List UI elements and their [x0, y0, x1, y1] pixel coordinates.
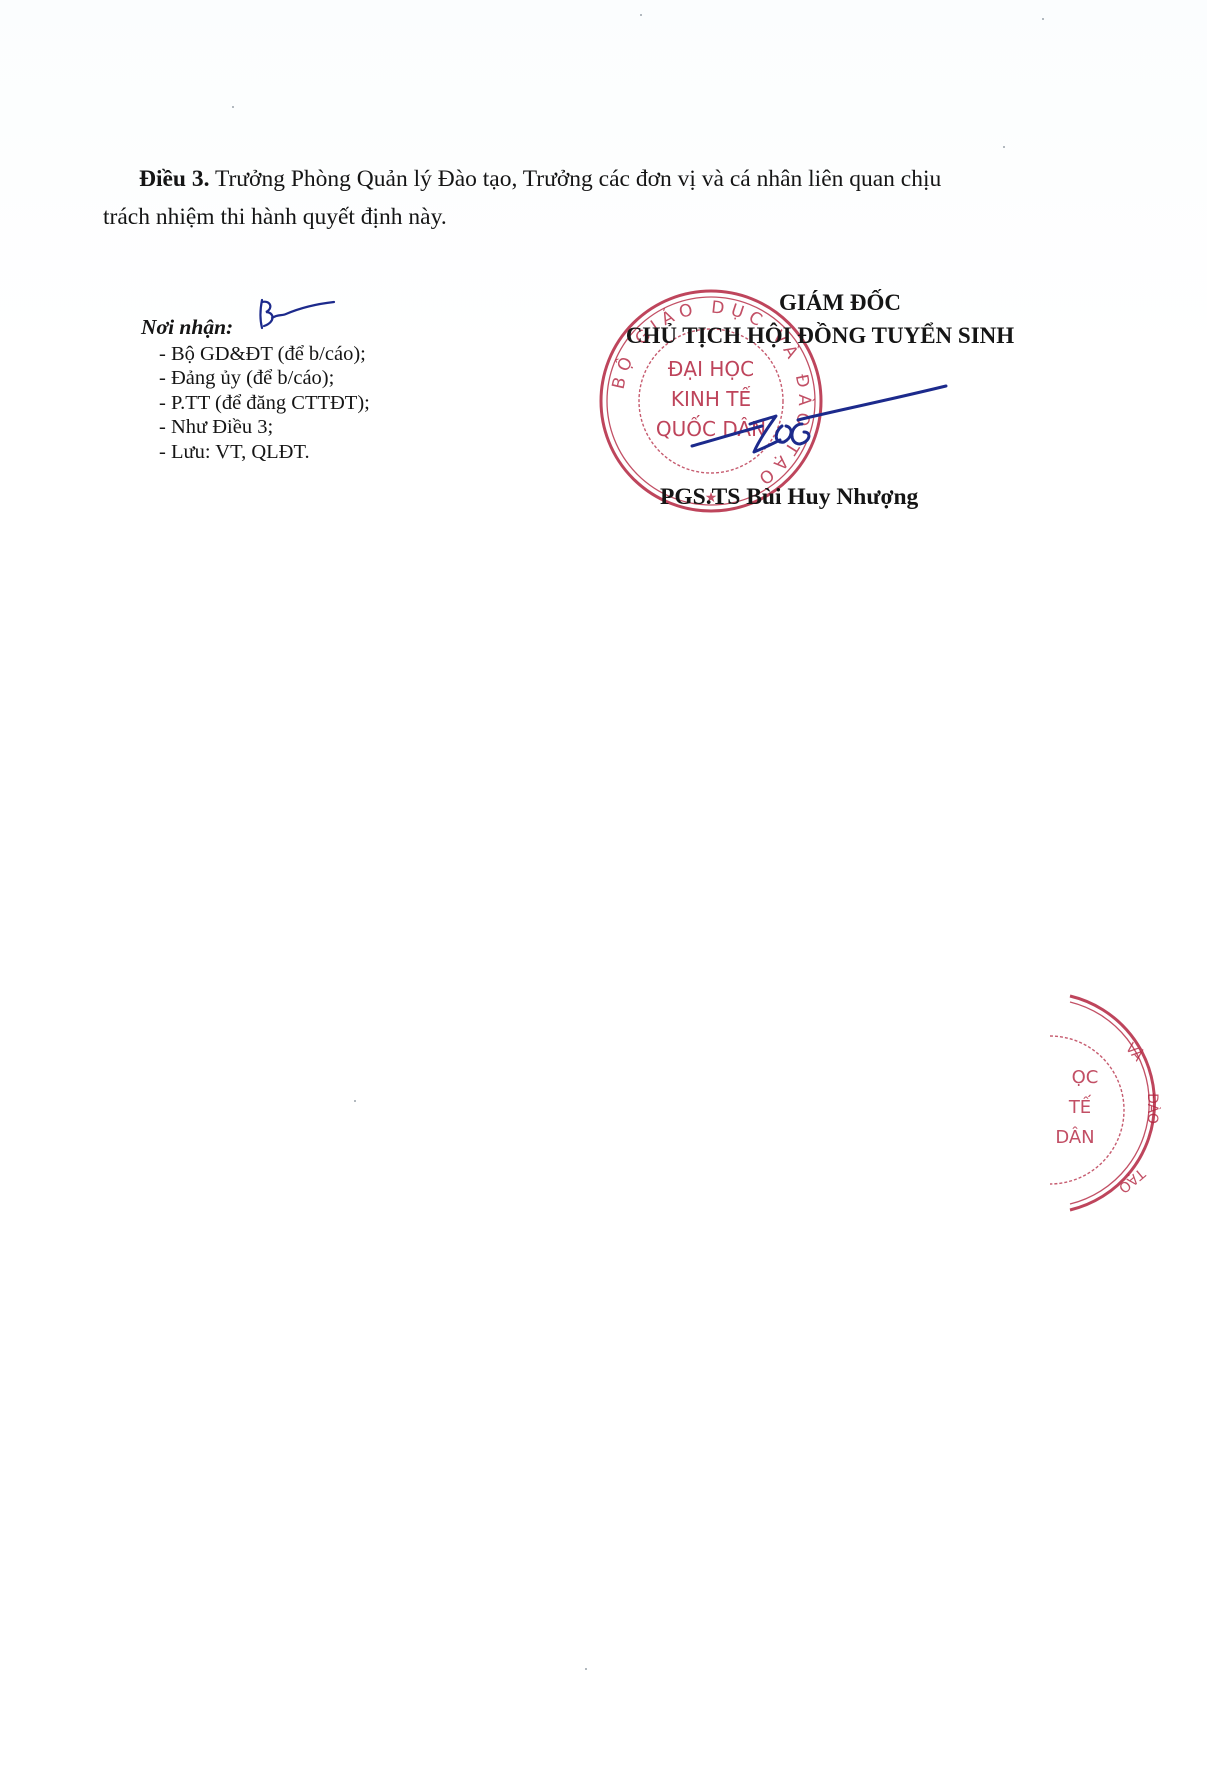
svg-text:ỌC: ỌC	[1072, 1067, 1099, 1088]
position-subtitle: CHỦ TỊCH HỘI ĐỒNG TUYỂN SINH	[560, 319, 1080, 352]
recipient-item: - Lưu: VT, QLĐT.	[159, 440, 370, 465]
recipient-item: - Như Điều 3;	[159, 415, 370, 440]
initials-signature-icon	[256, 296, 336, 332]
recipient-item: - P.TT (để đăng CTTĐT);	[159, 391, 370, 416]
scan-speck	[585, 1668, 587, 1670]
recipients-list: - Bộ GD&ĐT (để b/cáo); - Đảng ủy (để b/c…	[141, 342, 370, 465]
article-3-line1: Điều 3. Trưởng Phòng Quản lý Đào tạo, Tr…	[103, 160, 1093, 198]
svg-text:DÂN: DÂN	[1055, 1126, 1094, 1148]
scan-speck	[640, 14, 642, 16]
article-3: Điều 3. Trưởng Phòng Quản lý Đào tạo, Tr…	[103, 160, 1093, 236]
scan-speck	[232, 106, 234, 108]
svg-text:TẠO: TẠO	[1115, 1164, 1148, 1196]
scan-speck	[354, 1100, 356, 1102]
document-page: Điều 3. Trưởng Phòng Quản lý Đào tạo, Tr…	[0, 0, 1207, 1784]
article-text-1: Trưởng Phòng Quản lý Đào tạo, Trưởng các…	[210, 166, 942, 192]
scan-speck	[1003, 146, 1005, 148]
signer-name: PGS.TS Bùi Huy Nhượng	[660, 484, 918, 511]
svg-text:VÀ: VÀ	[1122, 1040, 1147, 1065]
recipients-block: Nơi nhận: - Bộ GD&ĐT (để b/cáo); - Đảng …	[141, 315, 370, 464]
article-3-line2: trách nhiệm thi hành quyết định này.	[103, 198, 1093, 236]
svg-text:ĐẠI HỌC: ĐẠI HỌC	[668, 357, 754, 381]
article-label: Điều 3.	[139, 166, 210, 192]
signature-block: GIÁM ĐỐC CHỦ TỊCH HỘI ĐỒNG TUYỂN SINH	[560, 286, 1080, 352]
scan-speck	[1042, 18, 1044, 20]
svg-text:TẾ: TẾ	[1068, 1094, 1092, 1118]
recipient-item: - Đảng ủy (để b/cáo);	[159, 366, 370, 391]
svg-text:ĐÀO: ĐÀO	[1144, 1093, 1161, 1124]
recipient-item: - Bộ GD&ĐT (để b/cáo);	[159, 342, 370, 367]
partial-stamp-icon: ỌC TẾ DÂN VÀ ĐÀO TẠO	[1030, 988, 1180, 1218]
handwritten-signature-icon	[690, 380, 950, 460]
position-title: GIÁM ĐỐC	[560, 286, 1080, 319]
